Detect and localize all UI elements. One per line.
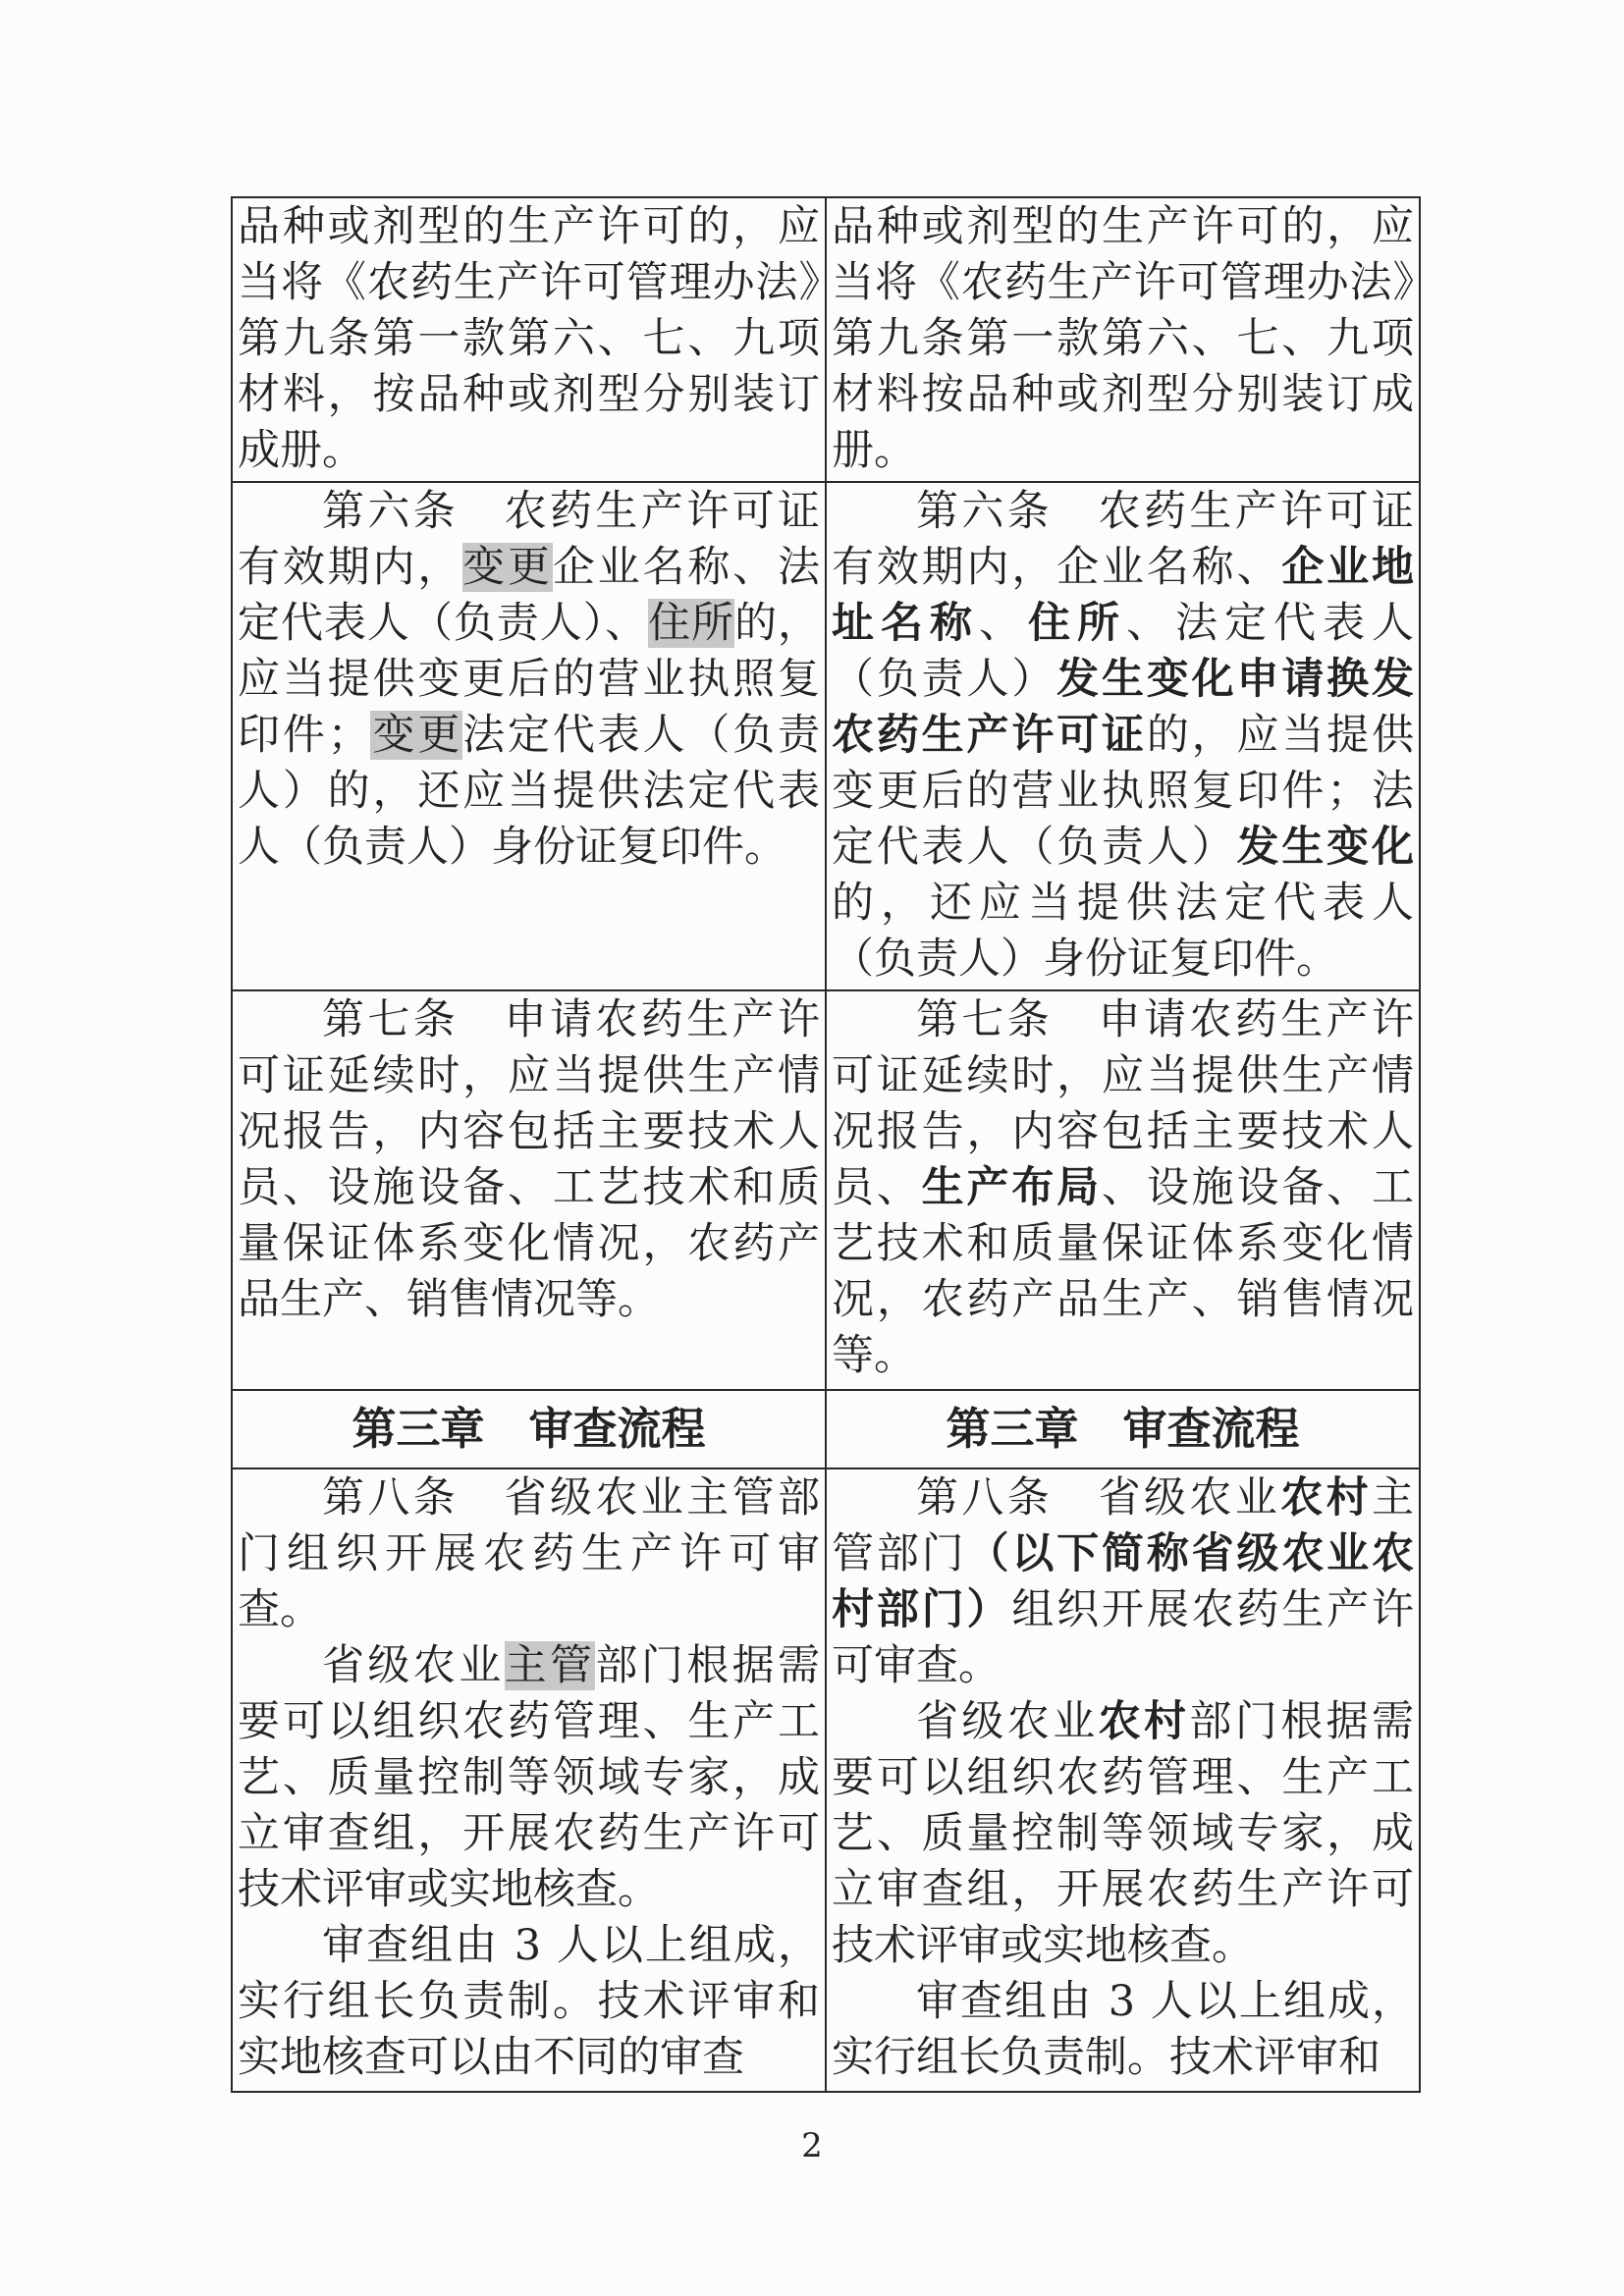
cell-revised-text: 第七条 申请农药生产许可证延续时，应当提供生产情况报告，内容包括主要技术人员、生…: [826, 990, 1420, 1390]
cell-original-text: 第八条 省级农业主管部门组织开展农药生产许可审查。省级农业主管部门根据需要可以组…: [232, 1468, 826, 2092]
bold-revision-text: 住所: [1028, 599, 1126, 648]
cell-original-text: 第七条 申请农药生产许可证延续时，应当提供生产情况报告，内容包括主要技术人员、设…: [232, 990, 826, 1390]
highlighted-text: 变更: [462, 543, 553, 592]
paragraph: 省级农业农村部门根据需要可以组织农药管理、生产工艺、质量控制等领域专家，成立审查…: [832, 1694, 1414, 1974]
paragraph: 第七条 申请农药生产许可证延续时，应当提供生产情况报告，内容包括主要技术人员、生…: [832, 992, 1414, 1384]
text-run: 品种或剂型的生产许可的，应当将《农药生产许可管理办法》第九条第一款第六、七、九项…: [832, 202, 1414, 475]
bold-revision-text: 农村: [1280, 1473, 1372, 1522]
cell-original-text: 第三章 审查流程: [232, 1390, 826, 1468]
text-run: 审查组由 3 人以上组成，实行组长负责制。技术评审和实地核查可以由不同的审查: [238, 1921, 820, 2082]
paragraph: 省级农业主管部门根据需要可以组织农药管理、生产工艺、质量控制等领域专家，成立审查…: [238, 1638, 820, 1918]
paragraph: 品种或剂型的生产许可的，应当将《农药生产许可管理办法》第九条第一款第六、七、九项…: [238, 199, 820, 479]
text-run: 品种或剂型的生产许可的，应当将《农药生产许可管理办法》第九条第一款第六、七、九项…: [238, 202, 820, 475]
text-run: 省级农业: [916, 1697, 1099, 1746]
paragraph: 第六条 农药生产许可证有效期内，变更企业名称、法定代表人（负责人）、住所的，应当…: [238, 484, 820, 876]
bold-revision-text: 第三章 审查流程: [352, 1403, 705, 1455]
text-run: 第七条 申请农药生产许可证延续时，应当提供生产情况报告，内容包括主要技术人员、设…: [238, 995, 820, 1324]
paragraph: 第六条 农药生产许可证有效期内，企业名称、企业地址名称、住所、法定代表人（负责人…: [832, 484, 1414, 988]
cell-revised-text: 品种或剂型的生产许可的，应当将《农药生产许可管理办法》第九条第一款第六、七、九项…: [826, 197, 1420, 482]
cell-original-text: 品种或剂型的生产许可的，应当将《农药生产许可管理办法》第九条第一款第六、七、九项…: [232, 197, 826, 482]
cell-revised-text: 第三章 审查流程: [826, 1390, 1420, 1468]
table-row: 第六条 农药生产许可证有效期内，变更企业名称、法定代表人（负责人）、住所的，应当…: [232, 482, 1420, 990]
highlighted-text: 住所: [648, 599, 734, 648]
bold-revision-text: 发生变化: [1237, 823, 1415, 872]
table-row: 品种或剂型的生产许可的，应当将《农药生产许可管理办法》第九条第一款第六、七、九项…: [232, 197, 1420, 482]
paragraph: 品种或剂型的生产许可的，应当将《农药生产许可管理办法》第九条第一款第六、七、九项…: [832, 199, 1414, 479]
bold-revision-text: 农村: [1099, 1697, 1190, 1746]
paragraph: 审查组由 3 人以上组成，实行组长负责制。技术评审和: [832, 1974, 1414, 2086]
comparison-table: 品种或剂型的生产许可的，应当将《农药生产许可管理办法》第九条第一款第六、七、九项…: [231, 196, 1421, 2093]
text-run: 第八条 省级农业主管部门组织开展农药生产许可审查。: [238, 1473, 820, 1634]
paragraph: 第八条 省级农业主管部门组织开展农药生产许可审查。: [238, 1470, 820, 1638]
text-run: 第八条 省级农业: [916, 1473, 1280, 1522]
paragraph: 审查组由 3 人以上组成，实行组长负责制。技术评审和实地核查可以由不同的审查: [238, 1918, 820, 2086]
document-page: 品种或剂型的生产许可的，应当将《农药生产许可管理办法》第九条第一款第六、七、九项…: [0, 0, 1624, 2296]
page-number: 2: [0, 2126, 1624, 2165]
bold-revision-text: 生产布局: [922, 1163, 1102, 1212]
comparison-table-body: 品种或剂型的生产许可的，应当将《农药生产许可管理办法》第九条第一款第六、七、九项…: [232, 197, 1420, 2092]
highlighted-text: 变更: [370, 711, 463, 760]
chapter-header-row: 第三章 审查流程第三章 审查流程: [232, 1390, 1420, 1468]
text-run: 、: [979, 599, 1028, 648]
table-row: 第七条 申请农药生产许可证延续时，应当提供生产情况报告，内容包括主要技术人员、设…: [232, 990, 1420, 1390]
highlighted-text: 主管: [505, 1641, 596, 1690]
paragraph: 第七条 申请农药生产许可证延续时，应当提供生产情况报告，内容包括主要技术人员、设…: [238, 992, 820, 1328]
paragraph: 第八条 省级农业农村主管部门（以下简称省级农业农村部门）组织开展农药生产许可审查…: [832, 1470, 1414, 1694]
text-run: 审查组由 3 人以上组成，实行组长负责制。技术评审和: [832, 1977, 1414, 2082]
text-run: 的，还应当提供法定代表人（负责人）身份证复印件。: [832, 879, 1414, 984]
table-row: 第八条 省级农业主管部门组织开展农药生产许可审查。省级农业主管部门根据需要可以组…: [232, 1468, 1420, 2092]
bold-revision-text: 第三章 审查流程: [946, 1403, 1299, 1455]
cell-revised-text: 第八条 省级农业农村主管部门（以下简称省级农业农村部门）组织开展农药生产许可审查…: [826, 1468, 1420, 2092]
paragraph: 第三章 审查流程: [238, 1392, 820, 1467]
paragraph: 第三章 审查流程: [832, 1392, 1414, 1467]
cell-original-text: 第六条 农药生产许可证有效期内，变更企业名称、法定代表人（负责人）、住所的，应当…: [232, 482, 826, 990]
cell-revised-text: 第六条 农药生产许可证有效期内，企业名称、企业地址名称、住所、法定代表人（负责人…: [826, 482, 1420, 990]
text-run: 省级农业: [322, 1641, 505, 1690]
